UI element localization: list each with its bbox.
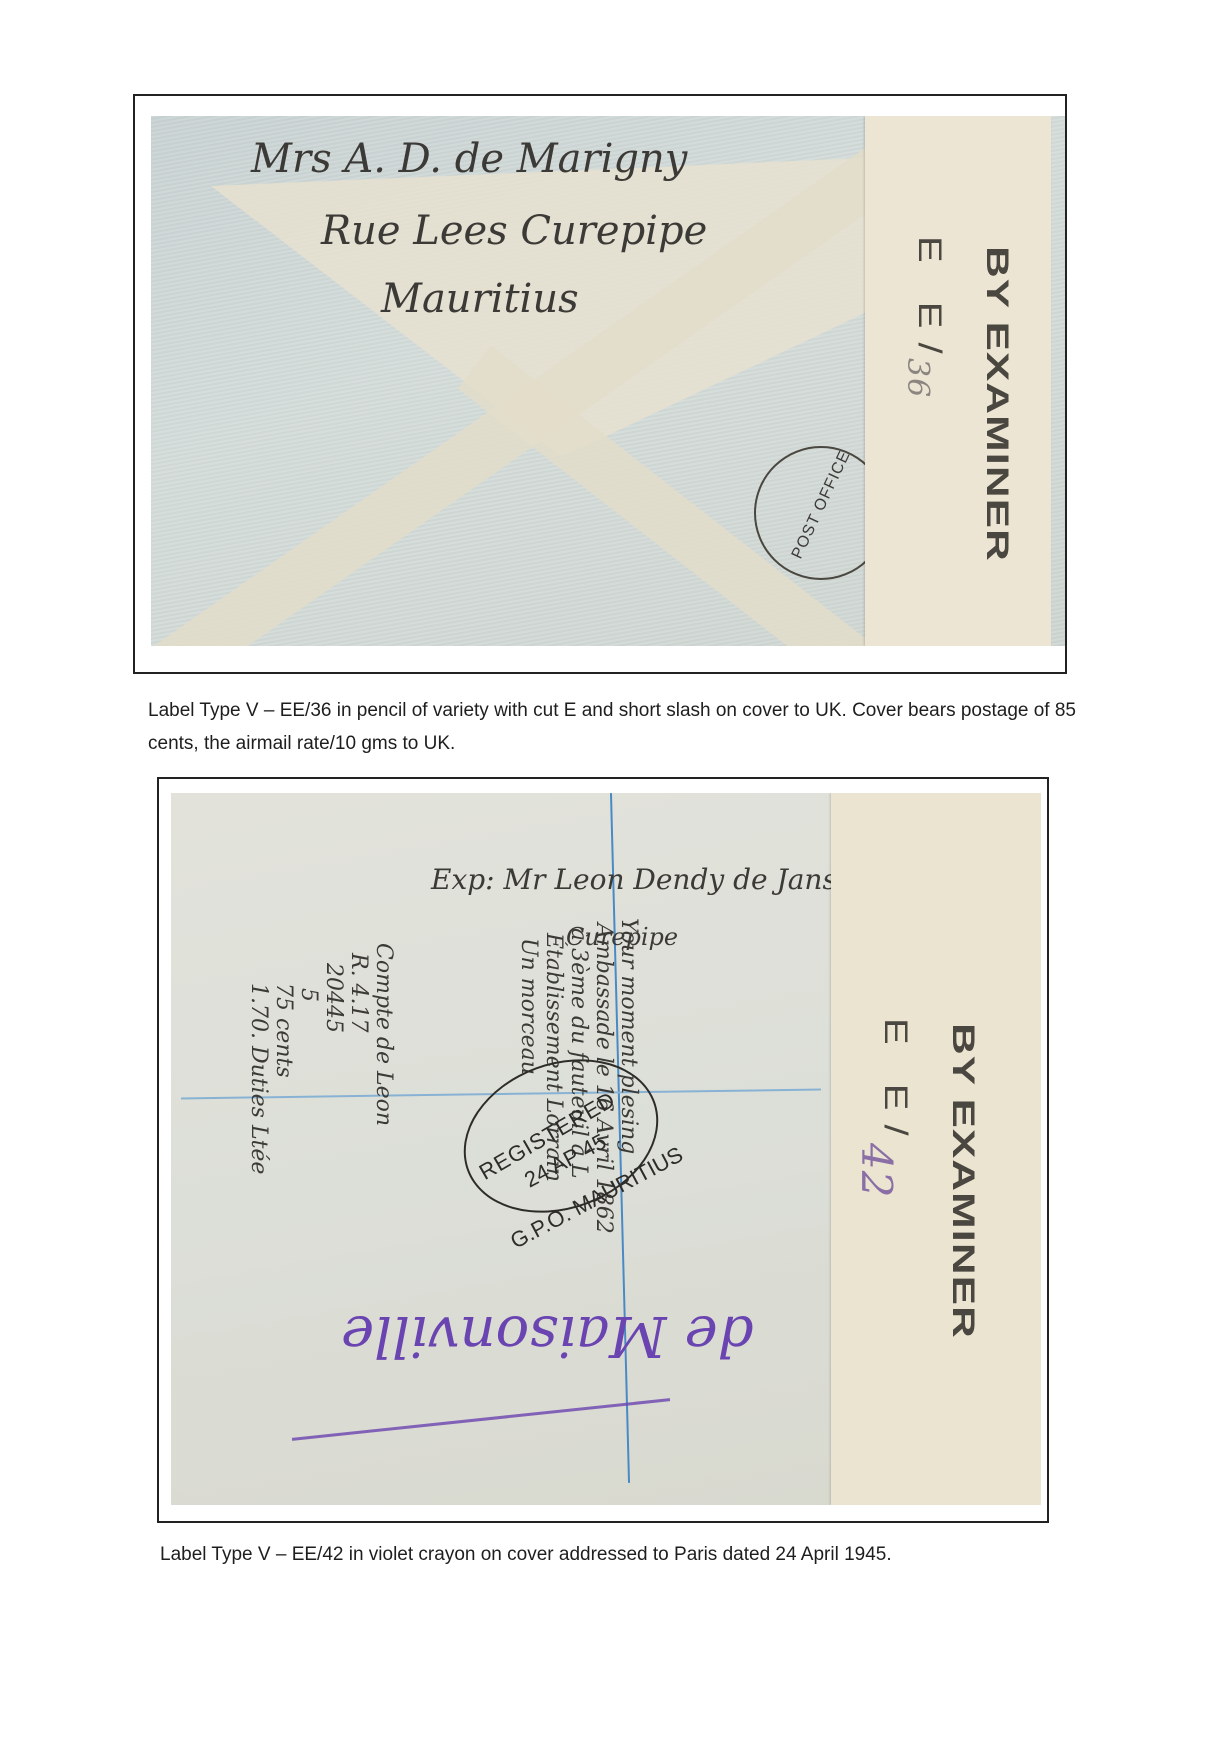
censor-label: BY EXAMINER E E/ 36 [865,116,1051,646]
exhibit-2-frame: Exp: Mr Leon Dendy de Janson Curepipe Yo… [157,777,1049,1523]
handwritten-note: 5 [296,988,321,1002]
violet-crayon-stroke [292,1398,670,1441]
address-line-3: Mauritius [381,276,579,322]
handwritten-note: R. 4.17 [346,953,371,1033]
address-line-1: Mrs A. D. de Marigny [251,136,687,182]
handwritten-note: 20445 [321,963,346,1033]
censor-label-number: 42 [852,1143,901,1198]
handwritten-note: Un morceau [516,938,541,1075]
censor-label-code: E E/ [877,1018,913,1150]
address-line-2: Rue Lees Curepipe [321,208,707,254]
censor-label: BY EXAMINER E E/ 42 [831,793,1041,1505]
handwritten-note: Compte de Leon [371,943,396,1126]
censor-label-header: BY EXAMINER [979,246,1015,562]
sender-line: Exp: Mr Leon Dendy de Janson [431,863,872,896]
censor-label-number: 36 [900,358,935,398]
censor-label-code: E E/ [911,236,947,368]
violet-crayon-annotation: de Maisonville [341,1303,753,1368]
cover-image-1: Mrs A. D. de Marigny Rue Lees Curepipe M… [151,116,1067,646]
caption-1: Label Type V – EE/36 in pencil of variet… [148,694,1078,760]
censor-label-header: BY EXAMINER [945,1023,981,1339]
caption-2: Label Type V – EE/42 in violet crayon on… [160,1538,1090,1571]
cover-image-2: Exp: Mr Leon Dendy de Janson Curepipe Yo… [171,793,1041,1505]
handwritten-note: 1.70. Duties Ltée [246,983,271,1174]
exhibit-1-frame: Mrs A. D. de Marigny Rue Lees Curepipe M… [133,94,1067,674]
handwritten-note: 75 cents [271,983,296,1078]
